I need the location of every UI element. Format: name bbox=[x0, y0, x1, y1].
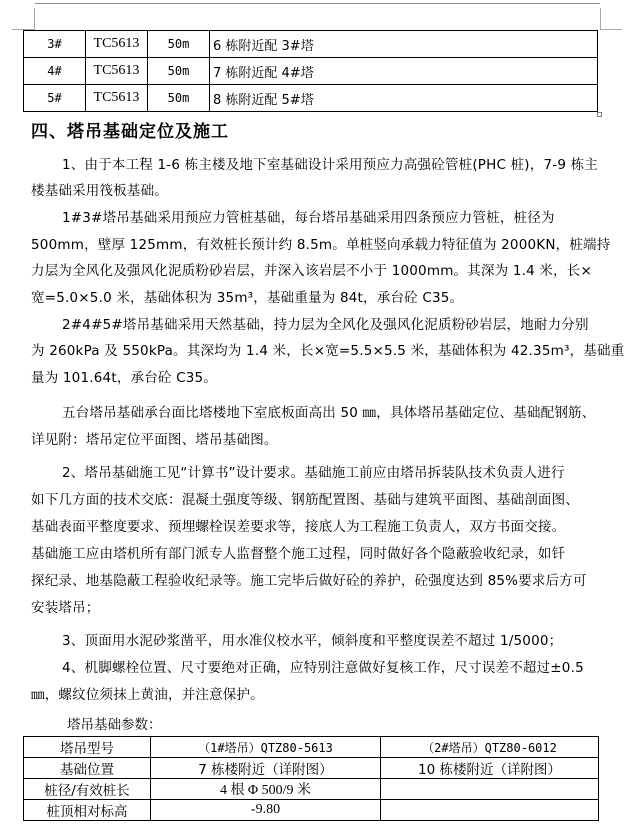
paragraph-line: 五台塔吊基础承台面比塔楼地下室底板面高出 50 ㎜，具体塔吊基础定位、基础配钢筋… bbox=[62, 400, 595, 427]
crane-length-cell: 50m bbox=[148, 58, 210, 85]
param-value-cell: 10 栋楼附近（详附图） bbox=[381, 758, 599, 779]
paragraph-line: 1#3#塔吊基础采用预应力管桩基础，每台塔吊基础采用四条预应力管桩，桩径为 bbox=[62, 205, 555, 232]
tower-crane-list-table: 3# TC5613 50m 6 栋附近配 3#塔 4# TC5613 50m 7… bbox=[23, 30, 598, 112]
paragraph-line: ㎜，螺纹位须抹上黄油，并注意保护。 bbox=[31, 682, 264, 709]
crane-foundation-params-table: 塔吊型号 （1#塔吊）QTZ80-5613 （2#塔吊）QTZ80-6012 基… bbox=[23, 736, 599, 821]
paragraph-line: 4、机脚螺栓位置、尺寸要绝对正确，应特别注意做好复核工作，尺寸误差不超过±0.5 bbox=[62, 655, 584, 682]
param-value-cell: （1#塔吊）QTZ80-5613 bbox=[151, 737, 381, 758]
param-value-cell: 7 栋楼附近（详附图） bbox=[151, 758, 381, 779]
top-margin-guide bbox=[35, 3, 600, 4]
table-row: 5# TC5613 50m 8 栋附近配 5#塔 bbox=[24, 85, 598, 112]
right-margin-corner bbox=[600, 29, 622, 30]
paragraph-line: 探纪录、地基隐蔽工程验收纪录等。施工完毕后做好砼的养护，砼强度达到 85%要求后… bbox=[31, 568, 587, 595]
crane-model-cell: TC5613 bbox=[86, 31, 148, 58]
param-label-cell: 基础位置 bbox=[24, 758, 151, 779]
paragraph-line: 如下几方面的技术交底：混凝土强度等级、钢筋配置图、基础与建筑平面图、基础剖面图、 bbox=[31, 487, 579, 514]
crane-model-cell: TC5613 bbox=[86, 58, 148, 85]
param-label-cell: 桩径/有效桩长 bbox=[24, 779, 151, 800]
paragraph-line: 安装塔吊； bbox=[31, 595, 100, 622]
paragraph-line: 2、塔吊基础施工见“计算书”设计要求。基础施工前应由塔吊拆装队技术负责人进行 bbox=[62, 460, 565, 487]
table-row: 桩径/有效桩长 4 根 Φ 500/9 米 bbox=[24, 779, 599, 800]
paragraph-line: 力层为全风化及强风化泥质粉砂岩层，并深入该岩层不小于 1000mm。其深为 1.… bbox=[31, 258, 592, 285]
table-row: 4# TC5613 50m 7 栋附近配 4#塔 bbox=[24, 58, 598, 85]
paragraph-line: 1、由于本工程 1-6 栋主楼及地下室基础设计采用预应力高强砼管桩(PHC 桩)… bbox=[62, 152, 598, 179]
left-margin-guide bbox=[34, 8, 35, 29]
paragraph-line: 楼基础采用筏板基础。 bbox=[31, 178, 168, 205]
param-value-cell bbox=[381, 779, 599, 800]
crane-id-cell: 4# bbox=[24, 58, 86, 85]
param-value-cell: （2#塔吊）QTZ80-6012 bbox=[381, 737, 599, 758]
param-label-cell: 桩顶相对标高 bbox=[24, 800, 151, 821]
crane-location-cell: 8 栋附近配 5#塔 bbox=[210, 85, 598, 112]
params-caption: 塔吊基础参数： bbox=[67, 713, 162, 733]
crane-location-cell: 7 栋附近配 4#塔 bbox=[210, 58, 598, 85]
right-margin-guide bbox=[600, 8, 601, 29]
table-row: 桩顶相对标高 -9.80 bbox=[24, 800, 599, 821]
param-label-cell: 塔吊型号 bbox=[24, 737, 151, 758]
crane-model-cell: TC5613 bbox=[86, 85, 148, 112]
param-value-cell: -9.80 bbox=[151, 800, 381, 821]
paragraph-line: 500mm，壁厚 125mm，有效桩长预计约 8.5m。单桩竖向承载力特征值为 … bbox=[31, 232, 610, 259]
table-row: 3# TC5613 50m 6 栋附近配 3#塔 bbox=[24, 31, 598, 58]
crane-id-cell: 5# bbox=[24, 85, 86, 112]
paragraph-line: 量为 101.64t，承台砼 C35。 bbox=[31, 365, 217, 392]
crane-length-cell: 50m bbox=[148, 85, 210, 112]
table-row: 塔吊型号 （1#塔吊）QTZ80-5613 （2#塔吊）QTZ80-6012 bbox=[24, 737, 599, 758]
crane-length-cell: 50m bbox=[148, 31, 210, 58]
paragraph-line: 3、顶面用水泥砂浆凿平，用水准仪校水平，倾斜度和平整度误差不超过 1/5000； bbox=[62, 628, 562, 655]
paragraph-line: 为 260kPa 及 550kPa。其深均为 1.4 米，长×宽=5.5×5.5… bbox=[31, 338, 624, 365]
crane-location-cell: 6 栋附近配 3#塔 bbox=[210, 31, 598, 58]
table-resize-handle[interactable] bbox=[597, 112, 602, 117]
param-value-cell bbox=[381, 800, 599, 821]
paragraph-line: 基础施工应由塔机所有部门派专人监督整个施工过程，同时做好各个隐蔽验收纪录，如钎 bbox=[31, 541, 565, 568]
param-value-cell: 4 根 Φ 500/9 米 bbox=[151, 779, 381, 800]
paragraph-line: 详见附：塔吊定位平面图、塔吊基础图。 bbox=[31, 427, 278, 454]
paragraph-line: 2#4#5#塔吊基础采用天然基础，持力层为全风化及强风化泥质粉砂岩层，地耐力分别 bbox=[62, 312, 589, 339]
table-row: 基础位置 7 栋楼附近（详附图） 10 栋楼附近（详附图） bbox=[24, 758, 599, 779]
paragraph-line: 基础表面平整度要求、预埋螺栓误差要求等，接底人为工程施工负责人，双方书面交接。 bbox=[31, 514, 565, 541]
paragraph-line: 宽=5.0×5.0 米，基础体积为 35m³，基础重量为 84t，承台砼 C35… bbox=[31, 285, 463, 312]
crane-id-cell: 3# bbox=[24, 31, 86, 58]
section-heading: 四、塔吊基础定位及施工 bbox=[31, 117, 229, 142]
